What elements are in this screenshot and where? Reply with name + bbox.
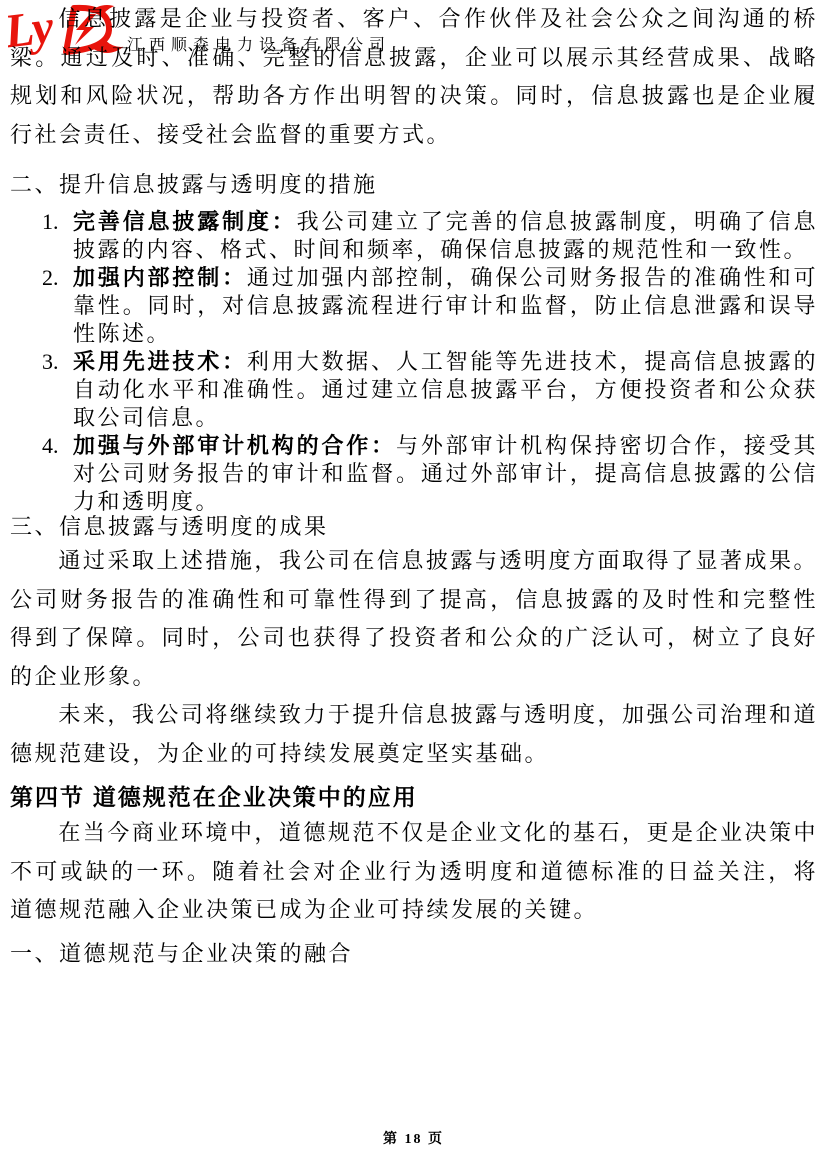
list-item-number: 4. bbox=[42, 432, 73, 460]
list-item: 4. 加强与外部审计机构的合作：与外部审计机构保持密切合作，接受其对公司财务报告… bbox=[42, 432, 818, 516]
results-paragraph: 通过采取上述措施，我公司在信息披露与透明度方面取得了显著成果。公司财务报告的准确… bbox=[10, 542, 818, 696]
document-body: 信息披露是企业与投资者、客户、合作伙伴及社会公众之间沟通的桥梁。通过及时、准确、… bbox=[10, 0, 818, 969]
list-item-body: 完善信息披露制度：我公司建立了完善的信息披露制度，明确了信息披露的内容、格式、时… bbox=[73, 208, 818, 264]
list-item-number: 3. bbox=[42, 348, 73, 376]
page-number: 第 18 页 bbox=[383, 1132, 444, 1147]
measures-list: 1. 完善信息披露制度：我公司建立了完善的信息披露制度，明确了信息披露的内容、格… bbox=[10, 208, 818, 516]
list-item: 1. 完善信息披露制度：我公司建立了完善的信息披露制度，明确了信息披露的内容、格… bbox=[42, 208, 818, 264]
list-item-number: 1. bbox=[42, 208, 73, 236]
section-heading-measures: 二、提升信息披露与透明度的措施 bbox=[10, 170, 818, 200]
chapter-heading: 第四节 道德规范在企业决策中的应用 bbox=[10, 782, 818, 814]
list-item-body: 采用先进技术：利用大数据、人工智能等先进技术，提高信息披露的自动化水平和准确性。… bbox=[73, 348, 818, 432]
list-item-title: 加强内部控制： bbox=[73, 265, 247, 290]
section-heading-results: 三、信息披露与透明度的成果 bbox=[10, 512, 818, 542]
list-item-title: 采用先进技术： bbox=[73, 349, 247, 374]
page-footer: 第 18 页 bbox=[0, 1128, 827, 1148]
list-item: 2. 加强内部控制：通过加强内部控制，确保公司财务报告的准确性和可靠性。同时，对… bbox=[42, 264, 818, 348]
list-item-body: 加强与外部审计机构的合作：与外部审计机构保持密切合作，接受其对公司财务报告的审计… bbox=[73, 432, 818, 516]
list-item-number: 2. bbox=[42, 264, 73, 292]
future-paragraph: 未来，我公司将继续致力于提升信息披露与透明度，加强公司治理和道德规范建设，为企业… bbox=[10, 696, 818, 773]
list-item: 3. 采用先进技术：利用大数据、人工智能等先进技术，提高信息披露的自动化水平和准… bbox=[42, 348, 818, 432]
ethics-paragraph: 在当今商业环境中，道德规范不仅是企业文化的基石，更是企业决策中不可或缺的一环。随… bbox=[10, 814, 818, 930]
list-item-title: 加强与外部审计机构的合作： bbox=[73, 433, 396, 458]
section-heading-integration: 一、道德规范与企业决策的融合 bbox=[10, 939, 818, 969]
list-item-title: 完善信息披露制度： bbox=[73, 209, 297, 234]
document-page: Ly 江西顺森电力设备有限公司 信息披露是企业与投资者、客户、合作伙伴及社会公众… bbox=[0, 0, 827, 1164]
list-item-body: 加强内部控制：通过加强内部控制，确保公司财务报告的准确性和可靠性。同时，对信息披… bbox=[73, 264, 818, 348]
intro-paragraph: 信息披露是企业与投资者、客户、合作伙伴及社会公众之间沟通的桥梁。通过及时、准确、… bbox=[10, 0, 818, 154]
